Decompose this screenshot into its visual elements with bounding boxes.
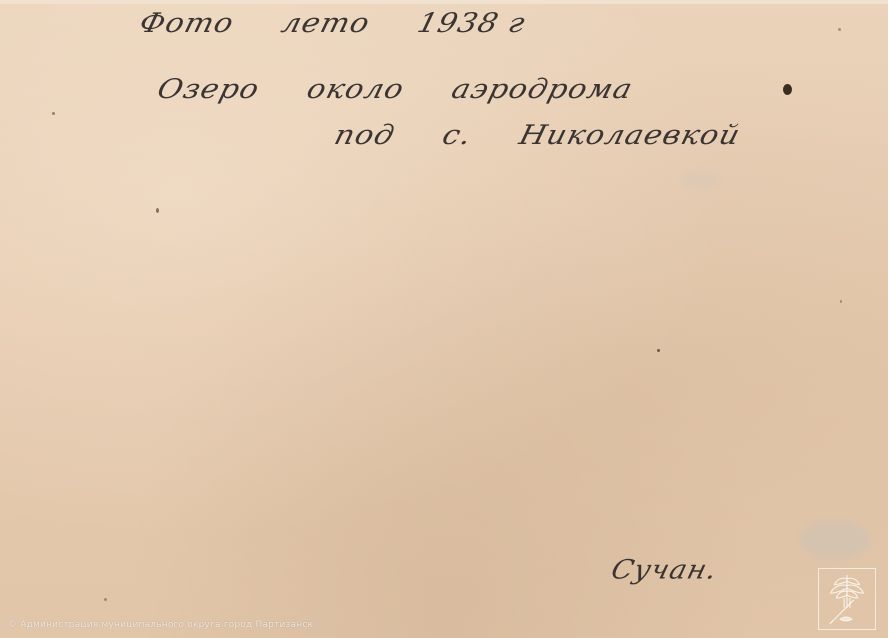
- inscription-year: 1938 г: [414, 8, 529, 40]
- inscription-word: Озеро: [154, 74, 263, 106]
- inscription-word: с.: [439, 120, 475, 152]
- paper-speck: [840, 300, 842, 303]
- partizansk-coat-of-arms-icon: [818, 568, 876, 630]
- inscription-word: Фото: [136, 8, 237, 40]
- paper-stain: [800, 520, 870, 560]
- inscription-line-village: под с. Николаевкой: [331, 120, 744, 152]
- inscription-signature: Сучан.: [608, 554, 721, 585]
- paper-speck: [783, 84, 792, 95]
- inscription-word: лето: [278, 8, 373, 40]
- photo-reverse-side: Фото лето 1938 г Озеро около аэродрома п…: [0, 0, 888, 638]
- inscription-word: Николаевкой: [516, 120, 744, 152]
- inscription-line-date: Фото лето 1938 г: [136, 8, 529, 40]
- inscription-word: аэродрома: [448, 74, 636, 106]
- inscription-word: около: [304, 74, 408, 106]
- paper-speck: [838, 28, 841, 31]
- inscription-line-lake: Озеро около аэродрома: [154, 74, 636, 106]
- paper-stain: [680, 170, 720, 190]
- photo-top-edge: [0, 0, 888, 4]
- paper-speck: [156, 208, 159, 213]
- paper-speck: [52, 112, 55, 115]
- paper-speck: [104, 598, 107, 601]
- inscription-word: под: [331, 120, 398, 152]
- copyright-watermark: © Администрация муниципального округа го…: [8, 620, 313, 630]
- paper-speck: [657, 349, 660, 352]
